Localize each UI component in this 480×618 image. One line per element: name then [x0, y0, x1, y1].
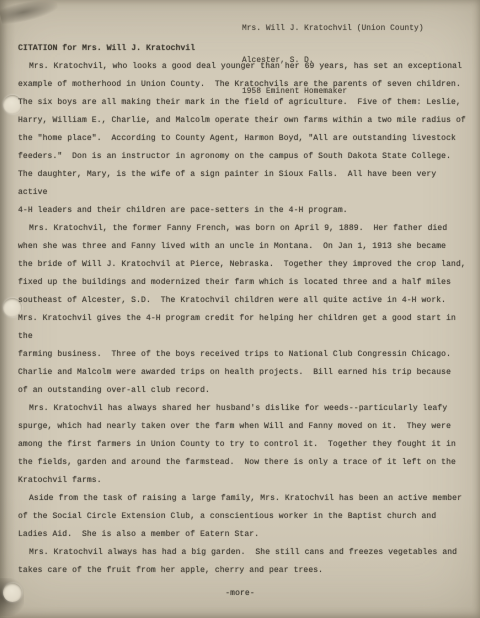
ink-smudge-top-left: [0, 0, 59, 26]
page-continuation-marker: -more-: [0, 589, 480, 598]
header-name-line: Mrs. Will J. Kratochvil (Union County): [242, 24, 424, 35]
document-body: CITATION for Mrs. Will J. Kratochvil Mrs…: [18, 40, 468, 580]
citation-title: CITATION for Mrs. Will J. Kratochvil: [18, 40, 468, 58]
paragraph-weeds: Mrs. Kratochvil has always shared her hu…: [18, 400, 468, 490]
paragraph-garden: Mrs. Kratochvil always has had a big gar…: [18, 544, 468, 580]
paragraph-clubs: Aside from the task of raising a large f…: [18, 490, 468, 544]
paragraph-family: Mrs. Kratochvil, who looks a good deal y…: [18, 58, 468, 220]
paragraph-biography: Mrs. Kratochvil, the former Fanny French…: [18, 220, 468, 400]
scanned-document-page: Mrs. Will J. Kratochvil (Union County) A…: [0, 0, 480, 618]
